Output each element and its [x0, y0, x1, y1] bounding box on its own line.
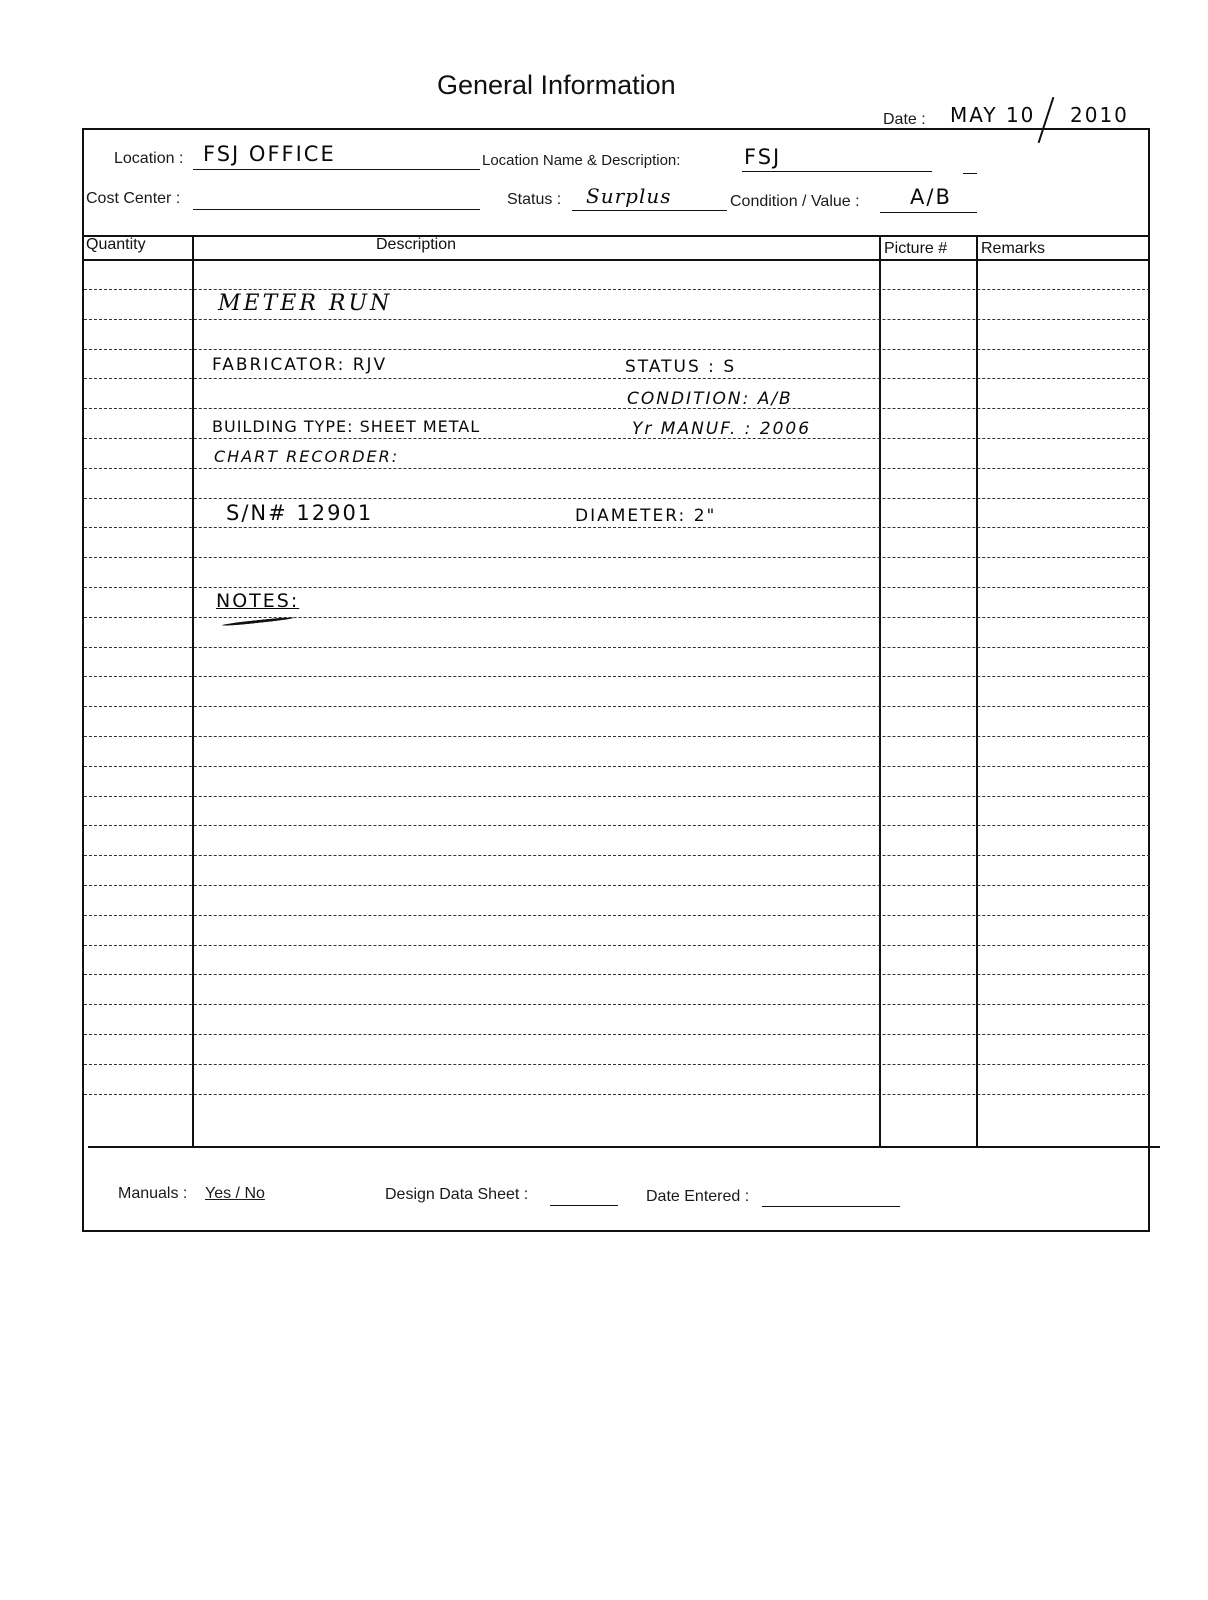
- table-row-rule: [84, 915, 1150, 916]
- location-value: FSJ OFFICE: [203, 142, 336, 166]
- table-row-rule: [84, 617, 1150, 618]
- table-row-rule: [84, 408, 1150, 409]
- table-bottom-border: [88, 1146, 1160, 1148]
- table-row-rule: [84, 438, 1150, 439]
- table-header-bottom-border: [82, 259, 1150, 261]
- description-entry[interactable]: Yr MANUF. : 2006: [632, 419, 811, 439]
- column-divider-quantity: [192, 235, 194, 1147]
- location-name-field[interactable]: FSJ: [742, 145, 932, 172]
- design-data-sheet-label: Design Data Sheet :: [385, 1186, 528, 1204]
- location-name-label: Location Name & Description:: [482, 152, 680, 169]
- table-row-rule: [84, 498, 1150, 499]
- table-row-rule: [84, 974, 1150, 975]
- description-entry[interactable]: S/N# 12901: [226, 501, 373, 525]
- table-top-border: [82, 235, 1150, 237]
- description-entry[interactable]: CONDITION: A/B: [627, 389, 793, 409]
- location-label: Location :: [114, 150, 183, 168]
- status-value: Surplus: [586, 184, 672, 208]
- column-header-remarks: Remarks: [981, 240, 1045, 258]
- table-row-rule: [84, 587, 1150, 588]
- date-month-day[interactable]: MAY 10: [950, 103, 1035, 127]
- description-entry[interactable]: FABRICATOR: RJV: [212, 355, 387, 375]
- date-year[interactable]: 2010: [1070, 103, 1129, 127]
- description-entry-notes[interactable]: NOTES:: [216, 590, 299, 612]
- status-field[interactable]: Surplus: [572, 184, 727, 211]
- design-data-sheet-field[interactable]: [550, 1187, 618, 1206]
- description-entry[interactable]: CHART RECORDER:: [214, 447, 399, 466]
- date-entered-field[interactable]: [762, 1188, 900, 1207]
- column-header-picture: Picture #: [884, 240, 947, 258]
- table-row-rule: [84, 647, 1150, 648]
- location-name-value: FSJ: [744, 145, 781, 169]
- page-title: General Information: [437, 70, 676, 101]
- location-field[interactable]: FSJ OFFICE: [193, 142, 480, 170]
- date-label: Date :: [883, 111, 926, 129]
- table-row-rule: [84, 557, 1150, 558]
- description-entry[interactable]: DIAMETER: 2": [575, 506, 716, 526]
- table-row-rule: [84, 945, 1150, 946]
- description-entry[interactable]: STATUS : S: [625, 357, 736, 377]
- table-row-rule: [84, 378, 1150, 379]
- condition-label: Condition / Value :: [730, 193, 860, 211]
- table-row-rule: [84, 1034, 1150, 1035]
- table-row-rule: [84, 319, 1150, 320]
- column-divider-description: [879, 235, 881, 1147]
- date-entered-label: Date Entered :: [646, 1188, 749, 1206]
- table-row-rule: [84, 1064, 1150, 1065]
- table-row-rule: [84, 766, 1150, 767]
- table-row-rule: [84, 855, 1150, 856]
- table-row-rule: [84, 1094, 1150, 1095]
- condition-value: A/B: [910, 185, 952, 209]
- table-row-rule: [84, 1004, 1150, 1005]
- description-entry[interactable]: BUILDING TYPE: SHEET METAL: [212, 417, 480, 436]
- manuals-yes-no-option[interactable]: Yes / No: [205, 1185, 265, 1203]
- column-header-quantity: Quantity: [86, 236, 146, 254]
- column-header-description: Description: [376, 236, 456, 254]
- table-row-rule: [84, 736, 1150, 737]
- table-row-rule: [84, 885, 1150, 886]
- table-row-rule: [84, 706, 1150, 707]
- condition-field[interactable]: A/B: [880, 186, 977, 213]
- table-row-rule: [84, 349, 1150, 350]
- table-row-rule: [84, 825, 1150, 826]
- table-row-rule: [84, 676, 1150, 677]
- cost-center-field[interactable]: [193, 186, 480, 210]
- table-row-rule: [84, 796, 1150, 797]
- stray-dash: [963, 173, 977, 174]
- description-entry[interactable]: METER RUN: [218, 291, 392, 316]
- table-row-rule: [84, 289, 1150, 290]
- table-row-rule: [84, 468, 1150, 469]
- status-label: Status :: [507, 191, 561, 209]
- cost-center-label: Cost Center :: [86, 190, 180, 208]
- manuals-label: Manuals :: [118, 1185, 187, 1203]
- table-row-rule: [84, 527, 1150, 528]
- column-divider-picture: [976, 235, 978, 1147]
